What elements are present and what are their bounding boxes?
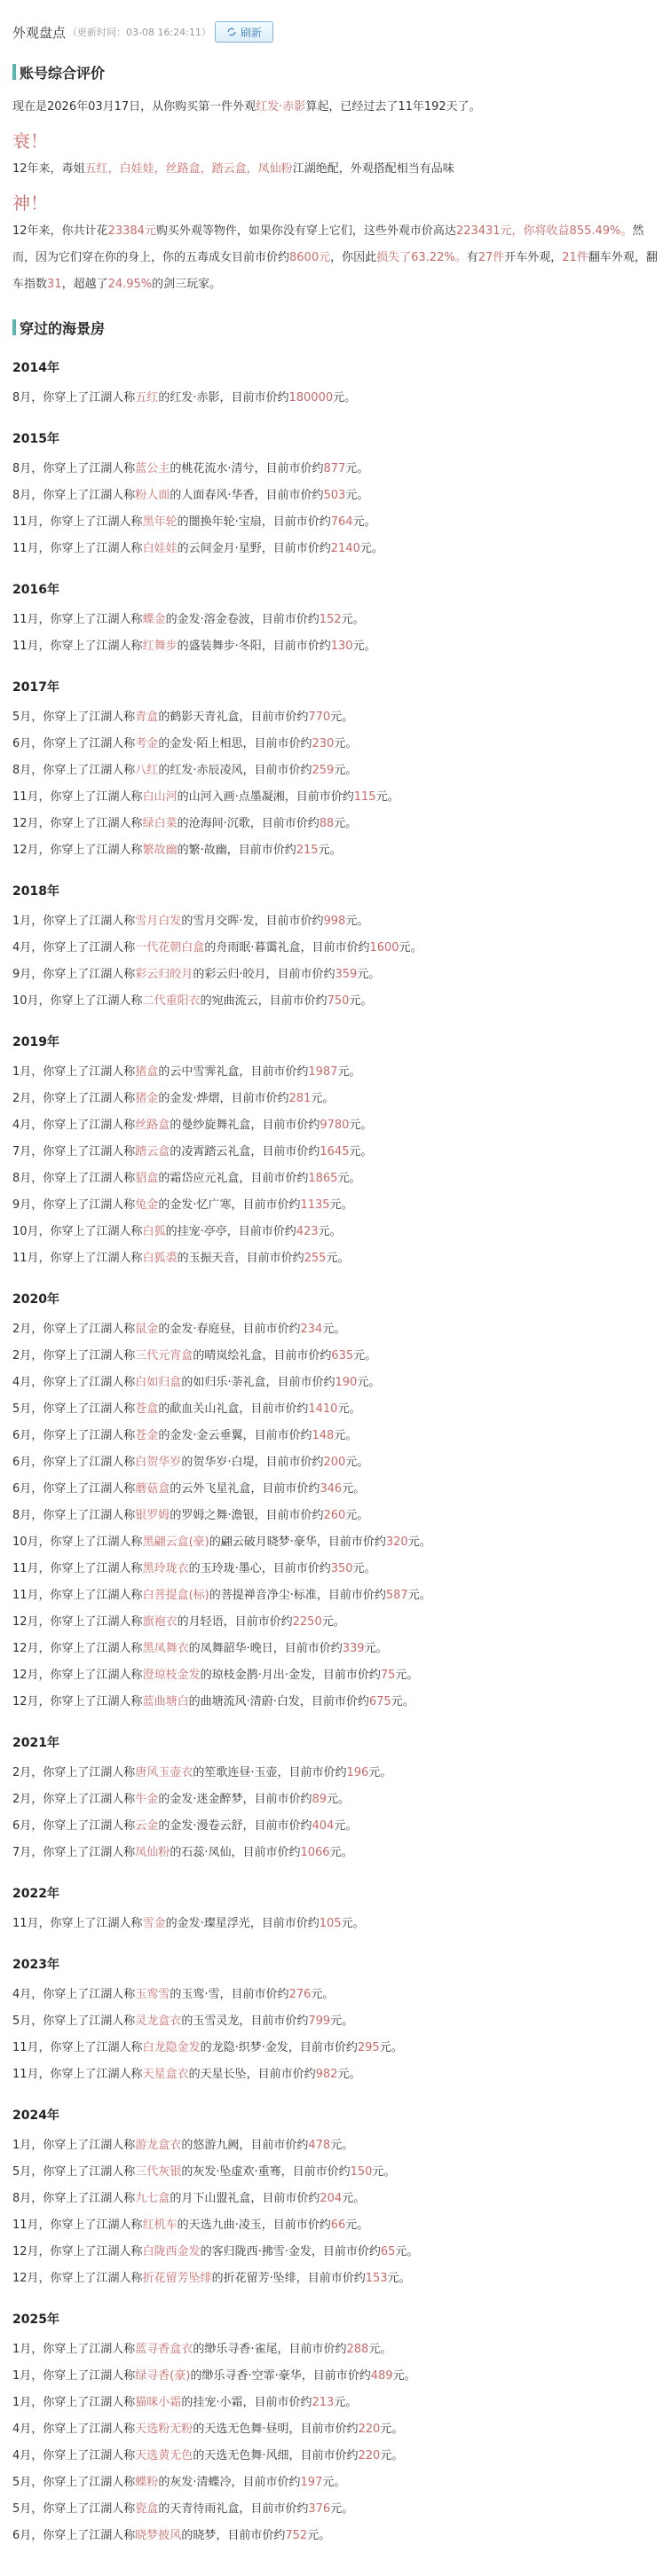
- entry-text: 元。: [342, 1482, 365, 1496]
- entry-text: 的: [178, 1252, 189, 1265]
- market-value: 223431元，你将收益855.49%。: [456, 224, 632, 238]
- entry-text: ，你穿上了江湖人称: [39, 542, 143, 555]
- shuai-tag: 白娃娃: [120, 162, 154, 176]
- entry-text: 元。: [342, 613, 365, 626]
- entry-text: 的: [166, 1225, 178, 1238]
- history-entry: 6月，你穿上了江湖人称苍金的金发·金云垂翼，目前市价约148元。: [12, 1423, 659, 1449]
- entry-nickname: 猪金: [135, 1092, 158, 1105]
- year-label: 2016年: [12, 575, 659, 605]
- entry-text: 的: [189, 2068, 201, 2081]
- history-entry: 1月，你穿上了江湖人称游龙盒衣的悠游九阙，目前市价约478元。: [12, 2132, 659, 2159]
- entry-text: 元。: [337, 1065, 360, 1079]
- entry-text: ，你穿上了江湖人称: [31, 1065, 135, 1079]
- entry-month: 12月: [12, 1615, 39, 1629]
- entry-month: 11月: [12, 2041, 39, 2054]
- entry-text: ，目前市价约: [262, 640, 331, 653]
- entry-price: 1865: [308, 1172, 337, 1185]
- entry-month: 2月: [12, 1092, 31, 1105]
- entry-nickname: 晓梦披风: [135, 2529, 181, 2542]
- entry-month: 1月: [12, 2343, 31, 2356]
- history-entry: 4月，你穿上了江湖人称玉鸾雪的玉鸾·雪，目前市价约276元。: [12, 1982, 659, 2008]
- entry-nickname: 白狐: [143, 1225, 166, 1238]
- entry-month: 11月: [12, 613, 39, 626]
- entry-item-name: 龙隐·织梦·金发: [212, 2041, 288, 2054]
- history-entry: 12月，你穿上了江湖人称白陇西金发的客归陇西·拂雪·金发，目前市价约65元。: [12, 2239, 659, 2266]
- entry-nickname: 绿寻香(豪): [135, 2369, 190, 2383]
- entry-nickname: 瓷盒: [135, 2502, 158, 2516]
- history-entry: 11月，你穿上了江湖人称黑玲珑衣的玉玲珑·墨心，目前市价约350元。: [12, 1556, 659, 1583]
- entry-month: 5月: [12, 2165, 31, 2179]
- entry-month: 1月: [12, 2369, 31, 2383]
- entry-text: ，你穿上了江湖人称: [31, 462, 135, 475]
- entry-month: 2月: [12, 1793, 31, 1806]
- entry-month: 1月: [12, 915, 31, 928]
- entry-month: 8月: [12, 462, 31, 475]
- entry-item-name: 客归陇西·拂雪·金发: [212, 2245, 312, 2258]
- entry-text: ，你穿上了江湖人称: [31, 1509, 135, 1522]
- entry-item-name: 天选九曲·凌玉: [189, 2219, 262, 2232]
- entry-text: 的: [201, 1669, 212, 1682]
- history-entry: 12月，你穿上了江湖人称黑凤舞衣的凤舞韶华·晚日，目前市价约339元。: [12, 1636, 659, 1662]
- entry-price: 65: [381, 2245, 396, 2258]
- entry-text: 元。: [380, 2423, 403, 2436]
- entry-nickname: 绿白菜: [143, 817, 178, 830]
- entry-nickname: 红舞步: [143, 640, 178, 653]
- entry-text: ，你穿上了江湖人称: [31, 2343, 135, 2356]
- entry-price: 190: [335, 1376, 357, 1389]
- entry-item-name: 金发·迷金醉梦: [170, 1793, 242, 1806]
- entry-text: ，目前市价约: [250, 1482, 320, 1496]
- entry-text: 的: [158, 711, 170, 724]
- entry-text: ，目前市价约: [239, 1065, 308, 1079]
- entry-text: ，你穿上了江湖人称: [31, 2192, 135, 2205]
- entry-text: ，目前市价约: [254, 915, 323, 928]
- entry-nickname: 三代灰银: [135, 2165, 181, 2179]
- entry-item-name: 罗姆之舞·澹银: [181, 1509, 254, 1522]
- entry-text: ，目前市价约: [250, 613, 320, 626]
- entry-nickname: 兔金: [135, 1198, 158, 1212]
- entry-text: ，你穿上了江湖人称: [31, 489, 135, 502]
- entry-nickname: 一代花朝白盒: [135, 941, 204, 954]
- entry-nickname: 白陇西金发: [143, 2245, 201, 2258]
- shen-part: 的剑三玩家。: [152, 278, 221, 291]
- entry-text: ，目前市价约: [273, 1642, 343, 1655]
- history-entry: 8月，你穿上了江湖人称粉人面的人面春风·华香，目前市价约503元。: [12, 483, 659, 509]
- entry-text: ，你穿上了江湖人称: [31, 2014, 135, 2028]
- entry-month: 11月: [12, 515, 39, 529]
- entry-text: ，你穿上了江湖人称: [31, 764, 135, 777]
- entry-text: 的: [158, 1402, 170, 1416]
- entry-price: 770: [308, 711, 330, 724]
- entry-price: 1600: [369, 941, 399, 954]
- entry-item-name: 天星长坠: [201, 2068, 247, 2081]
- entry-price: 982: [316, 2068, 338, 2081]
- history-entry: 11月，你穿上了江湖人称白狐裘的玉振天音，目前市价约255元。: [12, 1245, 659, 1272]
- entry-text: 的: [178, 817, 189, 830]
- entry-text: 的: [158, 1429, 170, 1442]
- entry-text: ，目前市价约: [265, 1376, 335, 1389]
- entry-item-name: 玉鸾·雪: [181, 1988, 219, 2001]
- history-entry: 6月，你穿上了江湖人称蘑菇盒的云外飞星礼盒，目前市价约346元。: [12, 1476, 659, 1503]
- entry-text: 元。: [322, 1615, 345, 1629]
- entry-text: ，你穿上了江湖人称: [39, 640, 143, 653]
- update-time: （更新时间：03-08 16:24:11）: [67, 25, 211, 39]
- history-entry: 8月，你穿上了江湖人称九七盒的月下山盟礼盒，目前市价约204元。: [12, 2186, 659, 2212]
- entry-text: ，你穿上了江湖人称: [31, 2369, 135, 2383]
- entry-text: ，目前市价约: [265, 968, 335, 981]
- entry-text: ，目前市价约: [277, 2343, 346, 2356]
- rank-percent: 24.95%: [108, 278, 153, 291]
- entry-nickname: 彩云归皎月: [135, 968, 193, 981]
- entry-month: 1月: [12, 1065, 31, 1079]
- section-history-label: 穿过的海景房: [20, 318, 105, 338]
- entry-price: 276: [288, 1988, 311, 2001]
- entry-price: 75: [381, 1669, 396, 1682]
- entry-nickname: 黑年轮: [143, 515, 178, 529]
- entry-text: ，你穿上了江湖人称: [39, 515, 143, 529]
- entry-text: ，你穿上了江湖人称: [39, 1642, 143, 1655]
- year-block: 2018年1月，你穿上了江湖人称雪月白发的雪月交晖·发，目前市价约998元。4月…: [12, 876, 659, 1015]
- entry-text: ，你穿上了江湖人称: [31, 1376, 135, 1389]
- entry-text: 元。: [376, 790, 399, 804]
- entry-item-name: 云外飞星礼盒: [181, 1482, 250, 1496]
- entry-text: ，你穿上了江湖人称: [31, 1766, 135, 1779]
- entry-text: 元。: [345, 1509, 368, 1522]
- entry-text: 的: [166, 1917, 178, 1930]
- entry-text: ，你穿上了江湖人称: [31, 1456, 135, 1469]
- entry-nickname: 凤仙粉: [135, 1846, 170, 1859]
- entry-text: 的: [181, 2014, 193, 2028]
- entry-text: ，目前市价约: [281, 2165, 351, 2179]
- history-entry: 5月，你穿上了江湖人称灵龙盒衣的玉雪灵龙，目前市价约799元。: [12, 2008, 659, 2035]
- refresh-button[interactable]: 刷新: [215, 21, 273, 43]
- entry-text: ，你穿上了江湖人称: [31, 1119, 135, 1132]
- entry-nickname: 游龙盒衣: [135, 2139, 181, 2152]
- entry-nickname: 天选粉无粉: [135, 2423, 193, 2436]
- entry-text: 的: [158, 2502, 170, 2516]
- entry-price: 204: [320, 2192, 342, 2205]
- entry-text: 的: [181, 2529, 193, 2542]
- year-block: 2020年2月，你穿上了江湖人称鼠金的金发·春庭昼，目前市价约234元。2月，你…: [12, 1284, 659, 1716]
- entry-month: 6月: [12, 1819, 31, 1833]
- entry-price: 346: [320, 1482, 342, 1496]
- entry-month: 4月: [12, 2423, 31, 2436]
- entry-item-name: 金发·春庭昼: [170, 1323, 231, 1336]
- entry-nickname: 繁故幽: [143, 844, 178, 857]
- entry-text: 元。: [330, 1846, 353, 1859]
- entry-text: ，目前市价约: [242, 1819, 312, 1833]
- entry-item-name: 灰发·清蝶冷: [170, 2476, 231, 2489]
- entry-item-name: 挂宠·亭亭: [178, 1225, 227, 1238]
- history-entry: 5月，你穿上了江湖人称青盒的鹤影天青礼盒，目前市价约770元。: [12, 704, 659, 731]
- entry-price: 89: [312, 1793, 327, 1806]
- intro-text: 现在是2026年03月17日，从你购买第一件外观红发·赤影算起，已经过去了11年…: [12, 94, 659, 121]
- entry-month: 12月: [12, 844, 39, 857]
- shen-part: 有: [467, 251, 478, 264]
- entry-text: ，目前市价约: [239, 2014, 308, 2028]
- entry-month: 12月: [12, 1669, 39, 1682]
- entry-text: 的: [158, 737, 170, 750]
- separator: ，: [108, 162, 120, 176]
- entry-nickname: 白菩提盒(标): [143, 1589, 209, 1602]
- entry-text: ，目前市价约: [219, 391, 288, 404]
- history-entry: 1月，你穿上了江湖人称猪盒的云中雪霁礼盒，目前市价约1987元。: [12, 1059, 659, 1086]
- shuai-tags: 五红，白娃娃，丝路盒，踏云盒，凤仙粉: [85, 162, 293, 176]
- entry-nickname: 澄琼枝金发: [143, 1669, 201, 1682]
- year-block: 2016年11月，你穿上了江湖人称蝶金的金发·溶金卷波，目前市价约152元。11…: [12, 575, 659, 660]
- history-entry: 12月，你穿上了江湖人称绿白菜的沧海间·沉歌，目前市价约88元。: [12, 811, 659, 837]
- entry-text: 元。: [319, 1225, 342, 1238]
- entry-text: ，目前市价约: [227, 844, 296, 857]
- entry-nickname: 蓝公主: [135, 462, 170, 475]
- entry-nickname: 九七盒: [135, 2192, 170, 2205]
- entry-text: 元。: [334, 737, 357, 750]
- entry-text: ，目前市价约: [250, 817, 320, 830]
- year-label: 2018年: [12, 876, 659, 907]
- entry-item-name: 山河入画·点墨凝湘: [189, 790, 285, 804]
- entry-text: 元。: [360, 542, 383, 555]
- entry-text: 的: [201, 2245, 212, 2258]
- entry-text: ，你穿上了江湖人称: [31, 2165, 135, 2179]
- entry-text: ，你穿上了江湖人称: [31, 1172, 135, 1185]
- entry-text: ，目前市价约: [239, 1172, 308, 1185]
- entry-text: ，目前市价约: [231, 1323, 300, 1336]
- entry-text: 的: [158, 1092, 170, 1105]
- entry-price: 376: [308, 2502, 330, 2516]
- entry-text: 元。: [319, 844, 342, 857]
- entry-item-name: 挂宠·小霜: [193, 2396, 242, 2409]
- entry-text: 的: [181, 1376, 193, 1389]
- history-entry: 5月，你穿上了江湖人称瓷盒的天青待雨礼盒，目前市价约376元。: [12, 2496, 659, 2523]
- entry-item-name: 云中雪霁礼盒: [170, 1065, 239, 1079]
- entry-item-name: 曲塘流风·清蔚·白发: [201, 1695, 300, 1708]
- entry-item-name: 石蕊·凤仙: [181, 1846, 231, 1859]
- entry-price: 234: [300, 1323, 322, 1336]
- entry-nickname: 蝶金: [143, 613, 166, 626]
- entry-text: 的: [158, 1198, 170, 1212]
- entry-price: 115: [354, 790, 376, 804]
- entry-text: 的: [170, 1846, 181, 1859]
- entry-text: ，目前市价约: [250, 1119, 320, 1132]
- history-entry: 1月，你穿上了江湖人称猫咪小霜的挂宠·小霜，目前市价约213元。: [12, 2390, 659, 2416]
- entry-text: ，你穿上了江湖人称: [31, 1349, 135, 1363]
- section-marker: [12, 64, 16, 80]
- year-label: 2022年: [12, 1879, 659, 1909]
- entry-price: 220: [358, 2449, 380, 2462]
- entry-text: ，你穿上了江湖人称: [39, 1917, 143, 1930]
- entry-price: 105: [320, 1917, 342, 1930]
- entry-text: 的: [178, 2219, 189, 2232]
- entry-item-name: 缈乐寻香·空霏·豪华: [201, 2369, 301, 2383]
- entry-month: 12月: [12, 2245, 39, 2258]
- entry-item-name: 沧海间·沉歌: [189, 817, 250, 830]
- entry-text: ，目前市价约: [247, 2068, 316, 2081]
- entry-text: 元。: [326, 1252, 349, 1265]
- entry-text: 的: [158, 1172, 170, 1185]
- entry-item-name: 晴岚绘礼盒: [204, 1349, 262, 1363]
- entry-text: ，目前市价约: [312, 2245, 381, 2258]
- entry-nickname: 猪盒: [135, 1065, 158, 1079]
- entry-item-name: 贺华岁·白堤: [193, 1456, 254, 1469]
- entry-nickname: 猫咪小霜: [135, 2396, 181, 2409]
- history-entry: 5月，你穿上了江湖人称苍盒的歃血关山礼盒，目前市价约1410元。: [12, 1396, 659, 1423]
- history-entry: 8月，你穿上了江湖人称五红的红发·赤影，目前市价约180000元。: [12, 385, 659, 412]
- history-entry: 4月，你穿上了江湖人称丝路盒的曼纱旋舞礼盒，目前市价约9780元。: [12, 1112, 659, 1139]
- entry-text: ，目前市价约: [239, 2139, 308, 2152]
- entry-price: 2140: [331, 542, 360, 555]
- entry-text: 的: [158, 1819, 170, 1833]
- entry-month: 11月: [12, 790, 39, 804]
- entry-text: ，你穿上了江湖人称: [39, 2041, 143, 2054]
- entry-text: ，目前市价约: [239, 2502, 308, 2516]
- entry-text: 的: [178, 542, 189, 555]
- entry-text: 的: [204, 941, 216, 954]
- entry-text: ，你穿上了江湖人称: [31, 2502, 135, 2516]
- entry-item-name: 金发·陌上相思: [170, 737, 242, 750]
- entry-text: 元。: [334, 1819, 357, 1833]
- history-entry: 12月，你穿上了江湖人称繁故幽的繁·故幽，目前市价约215元。: [12, 837, 659, 864]
- entry-text: ，你穿上了江湖人称: [39, 844, 143, 857]
- entry-price: 478: [308, 2139, 330, 2152]
- history-entry: 11月，你穿上了江湖人称雪金的金发·璨星浮光，目前市价约105元。: [12, 1911, 659, 1937]
- entry-month: 4月: [12, 1119, 31, 1132]
- entry-month: 12月: [12, 817, 39, 830]
- entry-text: 的: [193, 1766, 204, 1779]
- entry-text: 元。: [334, 817, 357, 830]
- history-entry: 12月，你穿上了江湖人称折花留芳坠绯的折花留芳·坠绯，目前市价约153元。: [12, 2266, 659, 2292]
- entry-item-name: 折花留芳·坠绯: [224, 2272, 296, 2285]
- entry-nickname: 青盒: [135, 711, 158, 724]
- history-entry: 2月，你穿上了江湖人称牛金的金发·迷金醉梦，目前市价约89元。: [12, 1787, 659, 1813]
- entry-price: 150: [351, 2165, 373, 2179]
- entry-price: 2250: [293, 1615, 322, 1629]
- entry-price: 255: [304, 1252, 327, 1265]
- entry-item-name: 霜岱应元礼盒: [170, 1172, 239, 1185]
- entry-text: 元。: [353, 640, 376, 653]
- entry-text: ，你穿上了江湖人称: [31, 2423, 135, 2436]
- entry-text: 的: [170, 1482, 181, 1496]
- entry-text: ，你穿上了江湖人称: [31, 1482, 135, 1496]
- entry-text: ，目前市价约: [258, 994, 328, 1008]
- entry-text: ，你穿上了江湖人称: [39, 994, 143, 1008]
- entry-month: 4月: [12, 1988, 31, 2001]
- year-label: 2019年: [12, 1027, 659, 1057]
- entry-text: ，你穿上了江湖人称: [39, 2068, 143, 2081]
- entry-price: 153: [366, 2272, 388, 2285]
- entry-price: 215: [296, 844, 319, 857]
- entry-price: 288: [346, 2343, 368, 2356]
- entry-text: ，你穿上了江湖人称: [39, 1535, 143, 1549]
- entry-text: ，目前市价约: [288, 2041, 358, 2054]
- entry-text: ，目前市价约: [296, 2272, 366, 2285]
- entry-text: 的: [170, 489, 181, 502]
- entry-price: 635: [331, 1349, 353, 1363]
- year-label: 2023年: [12, 1950, 659, 1980]
- entry-text: 的: [166, 613, 178, 626]
- entry-text: ，目前市价约: [216, 2529, 285, 2542]
- entry-text: ，目前市价约: [242, 1793, 312, 1806]
- entry-text: ，你穿上了江湖人称: [31, 1198, 135, 1212]
- entry-text: ，你穿上了江湖人称: [31, 941, 135, 954]
- history-entry: 11月，你穿上了江湖人称白山河的山河入画·点墨凝湘，目前市价约115元。: [12, 784, 659, 811]
- history-entry: 11月，你穿上了江湖人称红舞步的盛装舞步·冬阳，目前市价约130元。: [12, 633, 659, 660]
- entry-text: ，目前市价约: [224, 1615, 293, 1629]
- entry-text: 的: [193, 1349, 204, 1363]
- entry-text: ，你穿上了江湖人称: [39, 817, 143, 830]
- entry-nickname: 二代重阳衣: [143, 994, 201, 1008]
- entry-month: 11月: [12, 2219, 39, 2232]
- entry-item-name: 凌霄踏云礼盒: [181, 1145, 250, 1158]
- entry-text: 的: [189, 1695, 201, 1708]
- entry-month: 5月: [12, 2014, 31, 2028]
- history-entry: 6月，你穿上了江湖人称考金的金发·陌上相思，目前市价约230元。: [12, 731, 659, 758]
- entry-item-name: 歃血关山礼盒: [170, 1402, 239, 1416]
- entry-price: 799: [308, 2014, 330, 2028]
- entry-item-name: 红发·赤影: [170, 391, 219, 404]
- entry-text: ，目前市价约: [285, 790, 354, 804]
- entry-text: ，目前市价约: [254, 1456, 323, 1469]
- entry-text: ，你穿上了江湖人称: [39, 1615, 143, 1629]
- entry-text: 元。: [330, 2502, 353, 2516]
- entry-nickname: 苍盒: [135, 1402, 158, 1416]
- entry-item-name: 凤舞韶华·晚日: [201, 1642, 273, 1655]
- entry-text: 元。: [345, 915, 368, 928]
- entry-text: 的: [178, 515, 189, 529]
- entry-text: 的: [209, 1589, 221, 1602]
- entry-text: 的: [190, 2369, 201, 2383]
- year-block: 2023年4月，你穿上了江湖人称玉鸾雪的玉鸾·雪，目前市价约276元。5月，你穿…: [12, 1950, 659, 2088]
- page-title: 外观盘点: [12, 23, 66, 42]
- history-entry: 2月，你穿上了江湖人称猪金的金发·烨熠，目前市价约281元。: [12, 1086, 659, 1112]
- entry-item-name: 金发·金云垂翼: [170, 1429, 242, 1442]
- entry-text: ，你穿上了江湖人称: [31, 1402, 135, 1416]
- entry-nickname: 丝路盒: [135, 1119, 170, 1132]
- intro-part: 算起，已经过去了11年192天了。: [305, 100, 480, 114]
- entry-price: 130: [331, 640, 353, 653]
- entry-month: 6月: [12, 1429, 31, 1442]
- entry-month: 5月: [12, 711, 31, 724]
- shuai-tag: 丝路盒: [166, 162, 201, 176]
- entry-item-name: 人面春风·华香: [181, 489, 254, 502]
- year-label: 2017年: [12, 672, 659, 703]
- loss-percent: 损失了63.22%。: [376, 251, 467, 264]
- entry-text: ，目前市价约: [254, 1509, 323, 1522]
- entry-month: 8月: [12, 764, 31, 777]
- entry-text: 元。: [408, 1535, 431, 1549]
- entry-text: ，你穿上了江湖人称: [31, 1988, 135, 2001]
- entry-item-name: 金发·烨熠: [170, 1092, 219, 1105]
- entry-price: 196: [346, 1766, 368, 1779]
- entry-text: 元。: [307, 2529, 330, 2542]
- entry-text: ，目前市价约: [254, 489, 323, 502]
- entry-nickname: 白贺华岁: [135, 1456, 181, 1469]
- intro-part: 现在是2026年03月17日，从你购买第一件外观: [12, 100, 256, 114]
- entry-text: 的: [193, 2343, 204, 2356]
- entry-text: 的: [181, 2165, 193, 2179]
- entry-month: 10月: [12, 994, 39, 1008]
- entry-price: 404: [312, 1819, 334, 1833]
- year-block: 2021年2月，你穿上了江湖人称唐风玉壶衣的笙歌连昼·玉壶，目前市价约196元。…: [12, 1728, 659, 1866]
- entry-month: 4月: [12, 1376, 31, 1389]
- entry-item-name: 晓梦: [193, 2529, 216, 2542]
- entry-nickname: 三代元宵盒: [135, 1349, 193, 1363]
- entry-item-name: 金发·忆广寒: [170, 1198, 231, 1212]
- entry-month: 9月: [12, 1198, 31, 1212]
- section-evaluation-label: 账号综合评价: [20, 62, 105, 82]
- section-marker: [12, 319, 16, 335]
- entry-month: 1月: [12, 2396, 31, 2409]
- entry-text: ，你穿上了江湖人称: [31, 1846, 135, 1859]
